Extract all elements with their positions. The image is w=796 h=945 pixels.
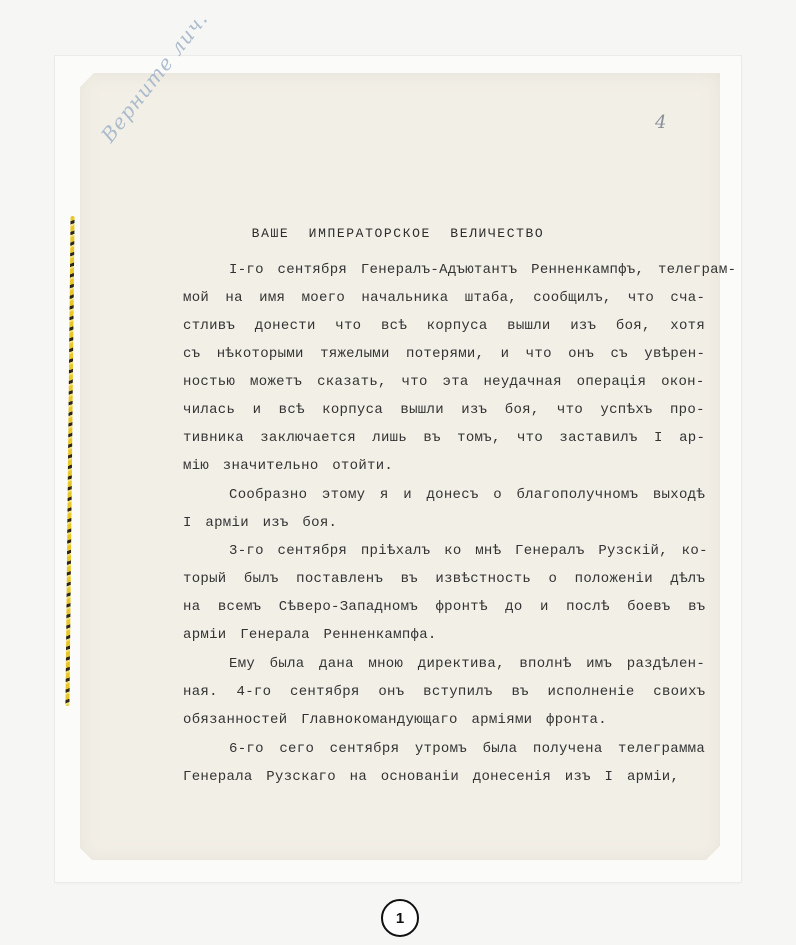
document-line: арміи Генерала Ренненкампфа. [183, 627, 437, 643]
document-line: съ нѣкоторыми тяжелыми потерями, и что о… [183, 346, 705, 362]
document-line: I арміи изъ боя. [183, 515, 337, 531]
paper-corner [80, 848, 92, 860]
document-line: Генерала Рузскаго на основаніи донесенія… [183, 769, 679, 785]
document-line: 3-го сентября пріѣхалъ ко мнѣ Генералъ Р… [229, 543, 708, 559]
document-line: торый былъ поставленъ въ извѣстность о п… [183, 571, 705, 587]
paper-corner [80, 73, 94, 87]
document-line: обязанностей Главнокомандующаго арміями … [183, 712, 607, 728]
document-title: ВАШЕ ИМПЕРАТОРСКОЕ ВЕЛИЧЕСТВО [0, 226, 796, 241]
document-line: мію значительно отойти. [183, 458, 393, 474]
document-line: I-го сентября Генералъ-Адъютантъ Ренненк… [229, 262, 736, 278]
document-line: стливъ донести что всѣ корпуса вышли изъ… [183, 318, 705, 334]
document-line: Ему была дана мною директива, вполнѣ имъ… [229, 656, 705, 672]
document-line: мой на имя моего начальника штаба, сообщ… [183, 290, 705, 306]
document-line: Сообразно этому я и донесъ о благополучн… [229, 487, 705, 503]
document-line: 6-го сего сентября утромъ была получена … [229, 741, 705, 757]
document-line: ная. 4-го сентября онъ вступилъ въ испол… [183, 684, 705, 700]
document-line: на всемъ Сѣверо-Западномъ фронтѣ до и по… [183, 599, 705, 615]
document-line: тивника заключается лишь въ томъ, что за… [183, 430, 705, 446]
document-line: чилась и всѣ корпуса вышли изъ боя, что … [183, 402, 705, 418]
document-line: ностью можетъ сказать, что эта неудачная… [183, 374, 705, 390]
page-number-badge[interactable]: 1 [381, 899, 419, 937]
handwritten-page-mark: 4 [655, 112, 666, 133]
paper-corner [706, 846, 720, 860]
